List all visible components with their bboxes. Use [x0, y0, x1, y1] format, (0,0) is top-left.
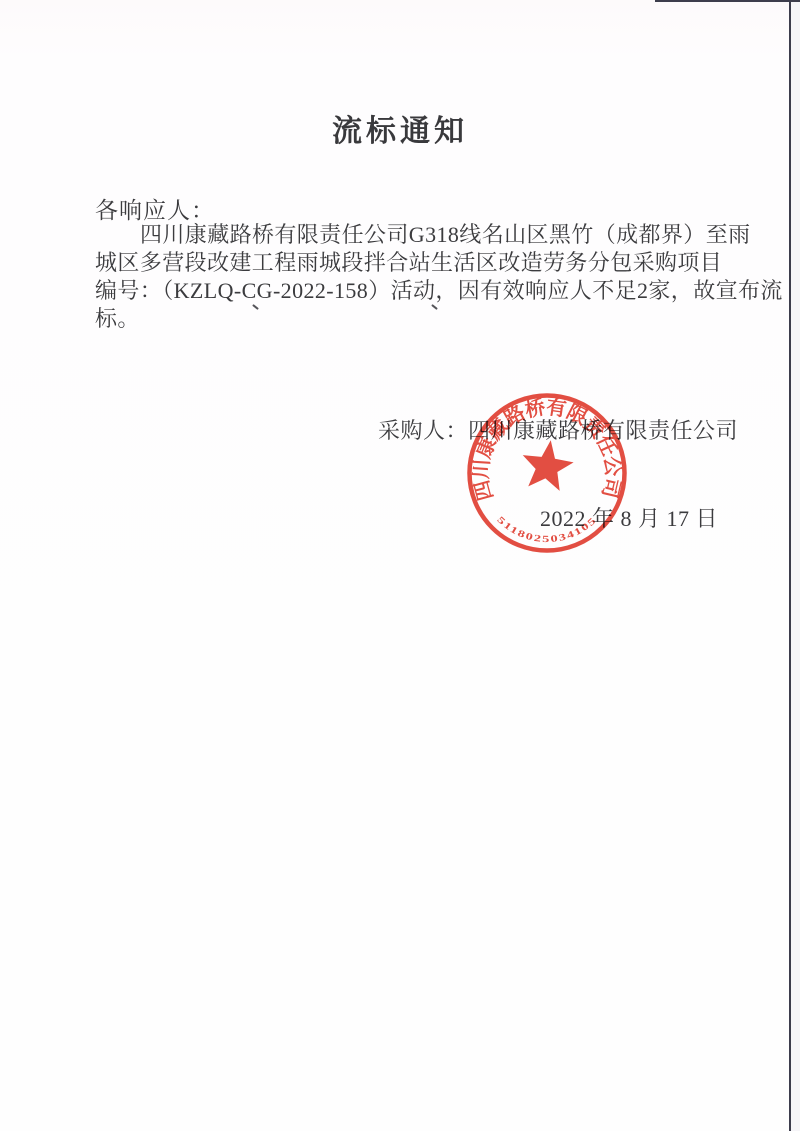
body-paragraph: 四川康藏路桥有限责任公司G318线名山区黑竹（成都界）至雨 城区多营段改建工程雨… [95, 221, 723, 333]
scan-edge-right [789, 0, 791, 1131]
page-title: 流标通知 [0, 106, 800, 150]
body-line: 城区多营段改建工程雨城段拌合站生活区改造劳务分包采购项目 [95, 249, 723, 277]
body-line: 标。 [95, 305, 723, 333]
body-line: 四川康藏路桥有限责任公司G318线名山区黑竹（成都界）至雨 [95, 221, 723, 249]
seal-svg: 四川康藏路桥有限责任公司 5118025034105 [462, 388, 632, 558]
star-icon [519, 437, 577, 493]
scan-edge-top [655, 0, 800, 2]
scan-edge-margin [791, 0, 800, 1131]
document-page: 流标通知 各响应人： 四川康藏路桥有限责任公司G318线名山区黑竹（成都界）至雨… [0, 0, 800, 1131]
body-line: 编号：（KZLQ-CG-2022-158）活动，因有效响应人不足2家，故宣布流 [95, 277, 723, 305]
company-seal-stamp: 四川康藏路桥有限责任公司 5118025034105 [462, 388, 632, 558]
